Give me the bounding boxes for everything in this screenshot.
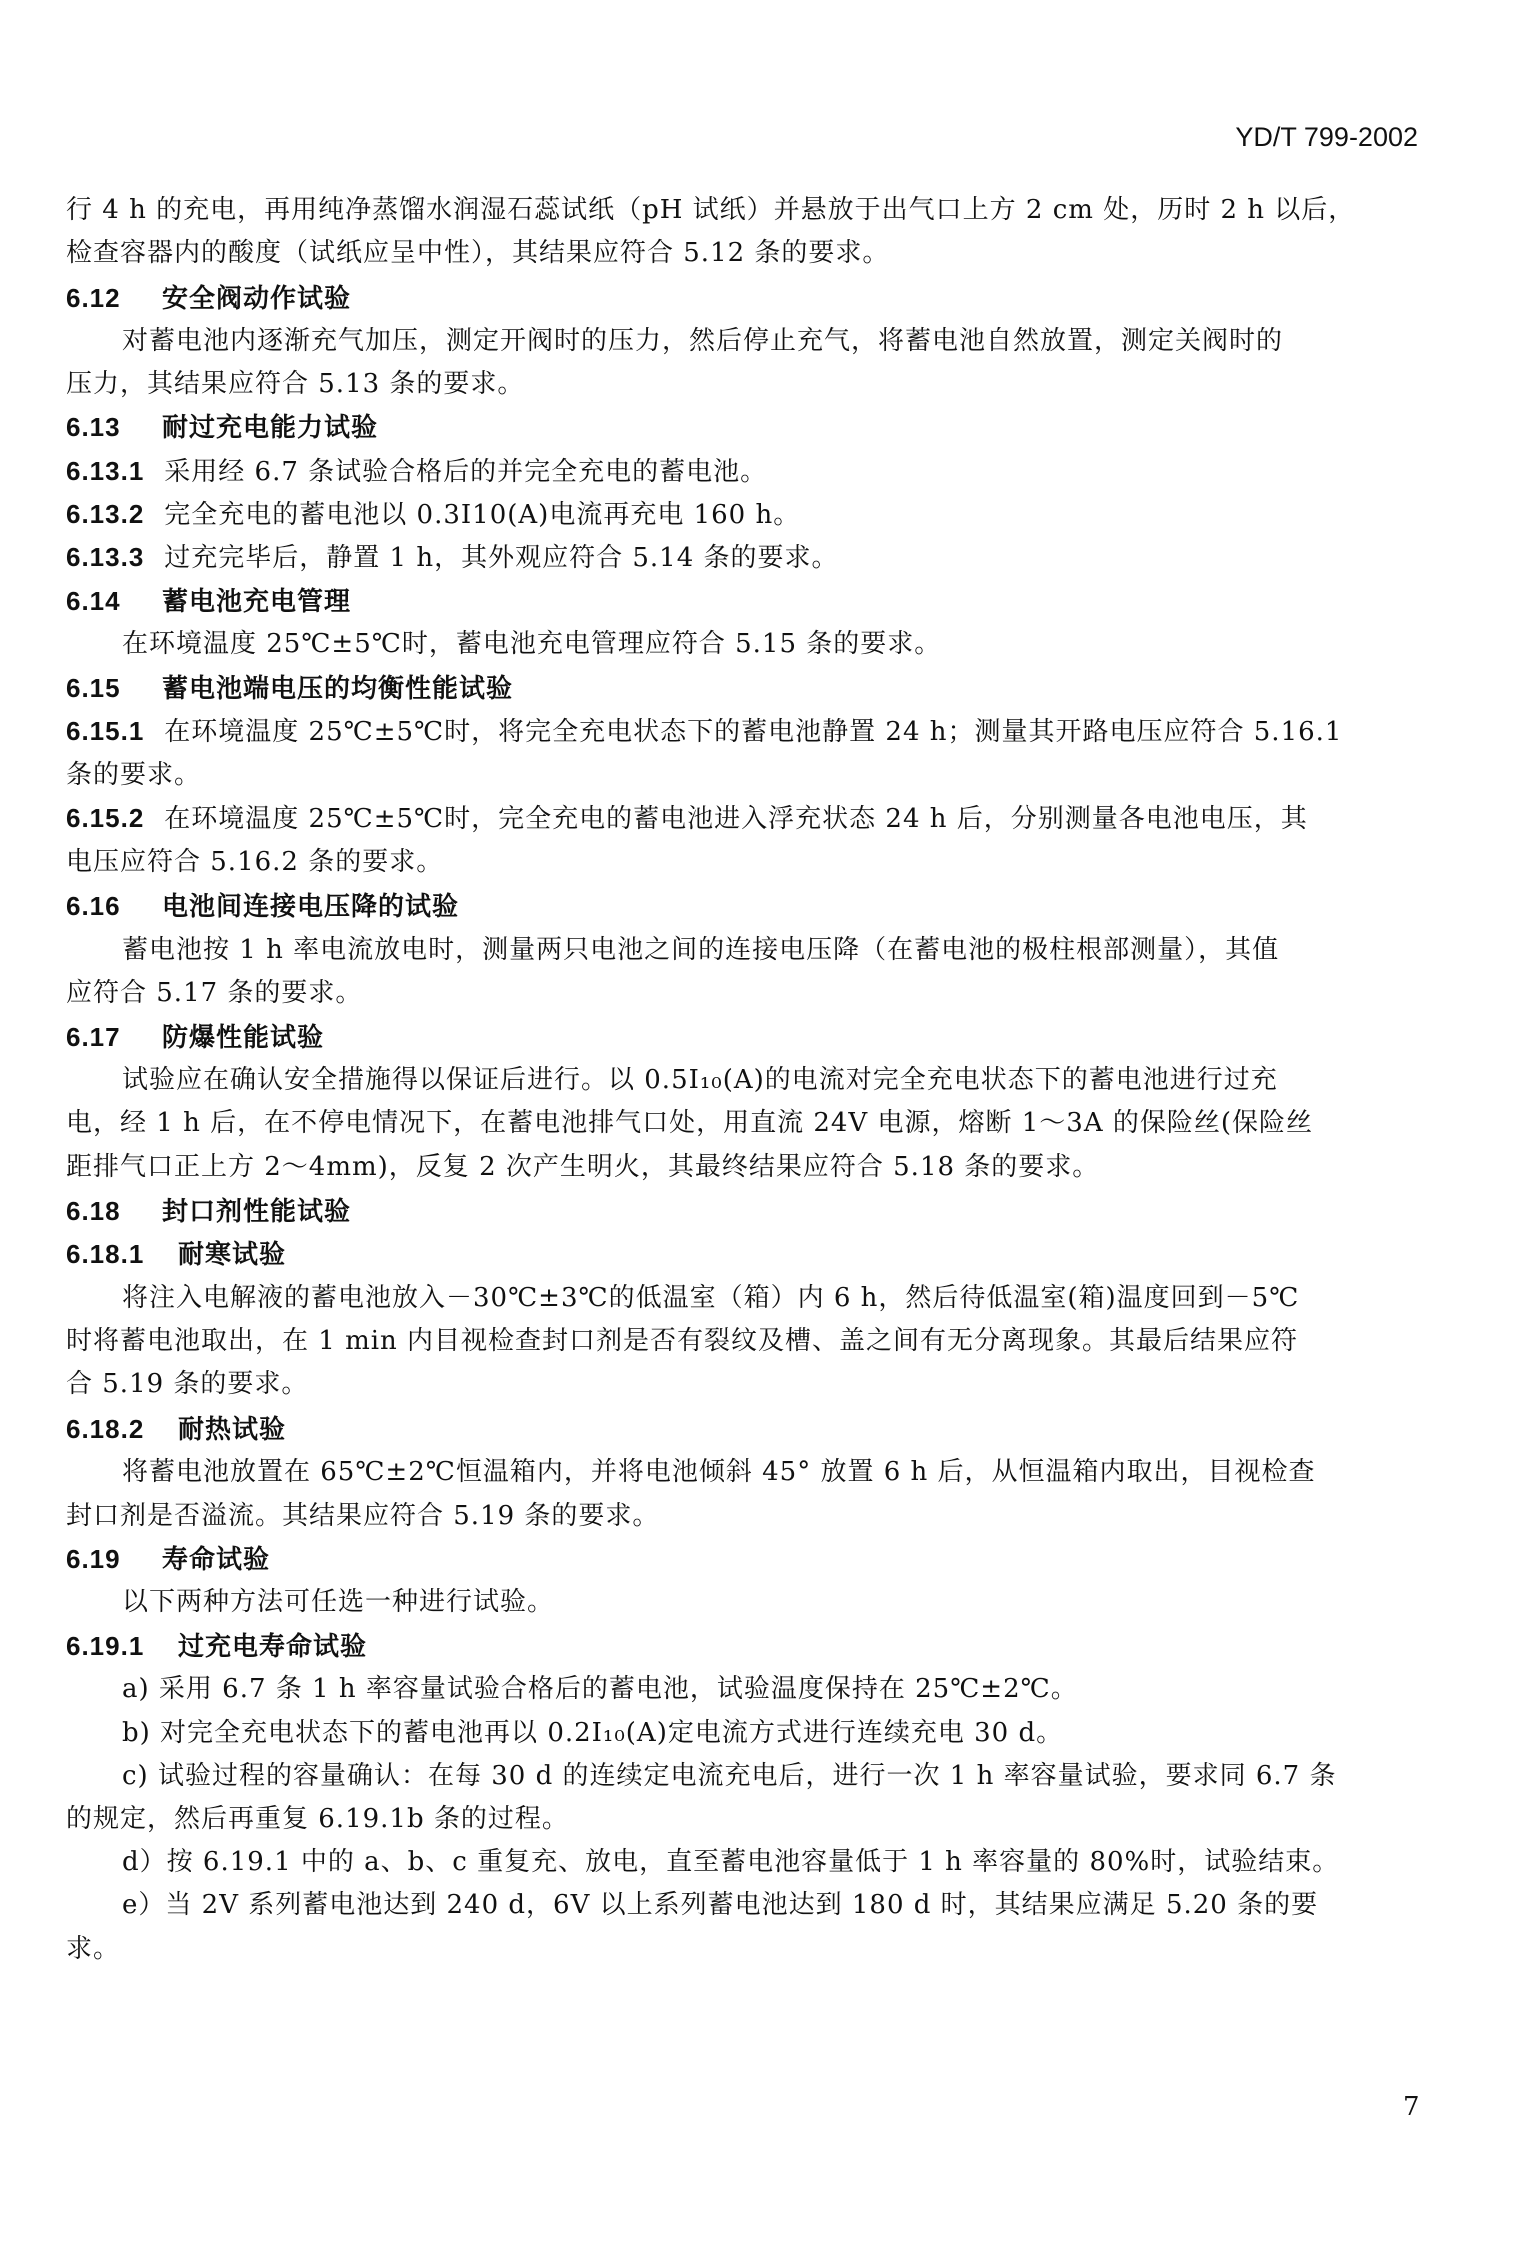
paragraph-line: 封口剂是否溢流。其结果应符合 5.19 条的要求。 [66, 1494, 1411, 1538]
paragraph-line: 应符合 5.17 条的要求。 [66, 971, 1411, 1015]
section-title: 过充电寿命试验 [178, 1631, 367, 1661]
paragraph-line: 条的要求。 [66, 753, 1411, 797]
section-title: 寿命试验 [162, 1544, 270, 1574]
section-title: 耐热试验 [178, 1414, 286, 1444]
paragraph-line: 求。 [66, 1927, 1411, 1971]
section-number: 6.18 [66, 1189, 162, 1233]
clause-number: 6.15.1 [66, 709, 144, 753]
section-title: 耐过充电能力试验 [162, 412, 378, 442]
clause-text: 过充完毕后，静置 1 h，其外观应符合 5.14 条的要求。 [164, 543, 838, 573]
section-title: 电池间连接电压降的试验 [162, 891, 459, 921]
paragraph-line: 压力，其结果应符合 5.13 条的要求。 [66, 362, 1411, 406]
clause-text: 采用经 6.7 条试验合格后的并完全充电的蓄电池。 [164, 457, 767, 487]
clause-text: 在环境温度 25℃±5℃时，将完全充电状态下的蓄电池静置 24 h；测量其开路电… [164, 717, 1342, 747]
paragraph-first-line: 以下两种方法可任选一种进行试验。 [122, 1580, 1412, 1624]
clause-line: 6.13.2完全充电的蓄电池以 0.3I10(A)电流再充电 160 h。 [66, 492, 1411, 537]
clause-number: 6.13.2 [66, 492, 144, 536]
clause-line: 6.13.1采用经 6.7 条试验合格后的并完全充电的蓄电池。 [66, 449, 1411, 494]
paragraph-line: 距排气口正上方 2～4mm)，反复 2 次产生明火，其最终结果应符合 5.18 … [66, 1145, 1411, 1189]
paragraph-line: 时将蓄电池取出，在 1 min 内目视检查封口剂是否有裂纹及槽、盖之间有无分离现… [66, 1319, 1411, 1363]
section-number: 6.17 [66, 1015, 162, 1059]
subsection-heading: 6.18.2耐热试验 [66, 1407, 1411, 1451]
paragraph-first-line: 蓄电池按 1 h 率电流放电时，测量两只电池之间的连接电压降（在蓄电池的极柱根部… [122, 928, 1412, 972]
section-number: 6.19 [66, 1537, 162, 1581]
paragraph-first-line: b) 对完全充电状态下的蓄电池再以 0.2I₁₀(A)定电流方式进行连续充电 3… [122, 1711, 1412, 1755]
clause-line: 6.15.2在环境温度 25℃±5℃时，完全充电的蓄电池进入浮充状态 24 h … [66, 796, 1411, 841]
standard-code: YD/T 799-2002 [1235, 122, 1418, 153]
section-number: 6.15 [66, 666, 162, 710]
paragraph-line: 合 5.19 条的要求。 [66, 1362, 1411, 1406]
section-number: 6.18.2 [66, 1407, 178, 1451]
section-title: 防爆性能试验 [162, 1022, 324, 1052]
section-title: 蓄电池端电压的均衡性能试验 [162, 673, 513, 703]
paragraph-first-line: 在环境温度 25℃±5℃时，蓄电池充电管理应符合 5.15 条的要求。 [122, 622, 1412, 666]
section-heading: 6.18封口剂性能试验 [66, 1189, 1411, 1233]
paragraph-first-line: 将注入电解液的蓄电池放入－30℃±3℃的低温室（箱）内 6 h，然后待低温室(箱… [122, 1276, 1412, 1320]
paragraph-first-line: d）按 6.19.1 中的 a、b、c 重复充、放电，直至蓄电池容量低于 1 h… [122, 1840, 1412, 1884]
paragraph-line: 检查容器内的酸度（试纸应呈中性），其结果应符合 5.12 条的要求。 [66, 231, 1411, 275]
section-number: 6.13 [66, 405, 162, 449]
subsection-heading: 6.18.1耐寒试验 [66, 1232, 1411, 1276]
clause-number: 6.13.1 [66, 449, 144, 493]
paragraph-first-line: 对蓄电池内逐渐充气加压，测定开阀时的压力，然后停止充气，将蓄电池自然放置，测定关… [122, 319, 1412, 363]
clause-text: 完全充电的蓄电池以 0.3I10(A)电流再充电 160 h。 [164, 500, 800, 530]
paragraph-first-line: e）当 2V 系列蓄电池达到 240 d，6V 以上系列蓄电池达到 180 d … [122, 1883, 1412, 1927]
paragraph-line: 电压应符合 5.16.2 条的要求。 [66, 840, 1411, 884]
clause-number: 6.13.3 [66, 535, 144, 579]
clause-line: 6.13.3过充完毕后，静置 1 h，其外观应符合 5.14 条的要求。 [66, 535, 1411, 580]
section-heading: 6.16电池间连接电压降的试验 [66, 884, 1411, 928]
paragraph-line: 行 4 h 的充电，再用纯净蒸馏水润湿石蕊试纸（pH 试纸）并悬放于出气口上方 … [66, 188, 1411, 232]
section-heading: 6.17防爆性能试验 [66, 1015, 1411, 1059]
section-number: 6.12 [66, 276, 162, 320]
section-heading: 6.12安全阀动作试验 [66, 276, 1411, 320]
paragraph-first-line: a) 采用 6.7 条 1 h 率容量试验合格后的蓄电池，试验温度保持在 25℃… [122, 1667, 1412, 1711]
clause-number: 6.15.2 [66, 796, 144, 840]
section-title: 封口剂性能试验 [162, 1196, 351, 1226]
paragraph-line: 的规定，然后再重复 6.19.1b 条的过程。 [66, 1797, 1411, 1841]
paragraph-first-line: 试验应在确认安全措施得以保证后进行。以 0.5I₁₀(A)的电流对完全充电状态下… [122, 1058, 1412, 1102]
section-heading: 6.14蓄电池充电管理 [66, 579, 1411, 623]
section-title: 耐寒试验 [178, 1239, 286, 1269]
section-number: 6.14 [66, 579, 162, 623]
section-title: 安全阀动作试验 [162, 283, 351, 313]
section-heading: 6.15蓄电池端电压的均衡性能试验 [66, 666, 1411, 710]
section-heading: 6.13耐过充电能力试验 [66, 405, 1411, 449]
clause-text: 在环境温度 25℃±5℃时，完全充电的蓄电池进入浮充状态 24 h 后，分别测量… [164, 804, 1307, 834]
paragraph-first-line: c) 试验过程的容量确认：在每 30 d 的连续定电流充电后，进行一次 1 h … [122, 1754, 1412, 1798]
section-number: 6.19.1 [66, 1624, 178, 1668]
clause-line: 6.15.1在环境温度 25℃±5℃时，将完全充电状态下的蓄电池静置 24 h；… [66, 709, 1411, 754]
document-page: YD/T 799-2002 行 4 h 的充电，再用纯净蒸馏水润湿石蕊试纸（pH… [0, 0, 1533, 2244]
section-number: 6.18.1 [66, 1232, 178, 1276]
page-number: 7 [1403, 2092, 1420, 2122]
subsection-heading: 6.19.1过充电寿命试验 [66, 1624, 1411, 1668]
paragraph-first-line: 将蓄电池放置在 65℃±2℃恒温箱内，并将电池倾斜 45° 放置 6 h 后，从… [122, 1450, 1412, 1494]
paragraph-line: 电，经 1 h 后，在不停电情况下，在蓄电池排气口处，用直流 24V 电源，熔断… [66, 1101, 1411, 1145]
section-heading: 6.19寿命试验 [66, 1537, 1411, 1581]
section-number: 6.16 [66, 884, 162, 928]
section-title: 蓄电池充电管理 [162, 586, 351, 616]
